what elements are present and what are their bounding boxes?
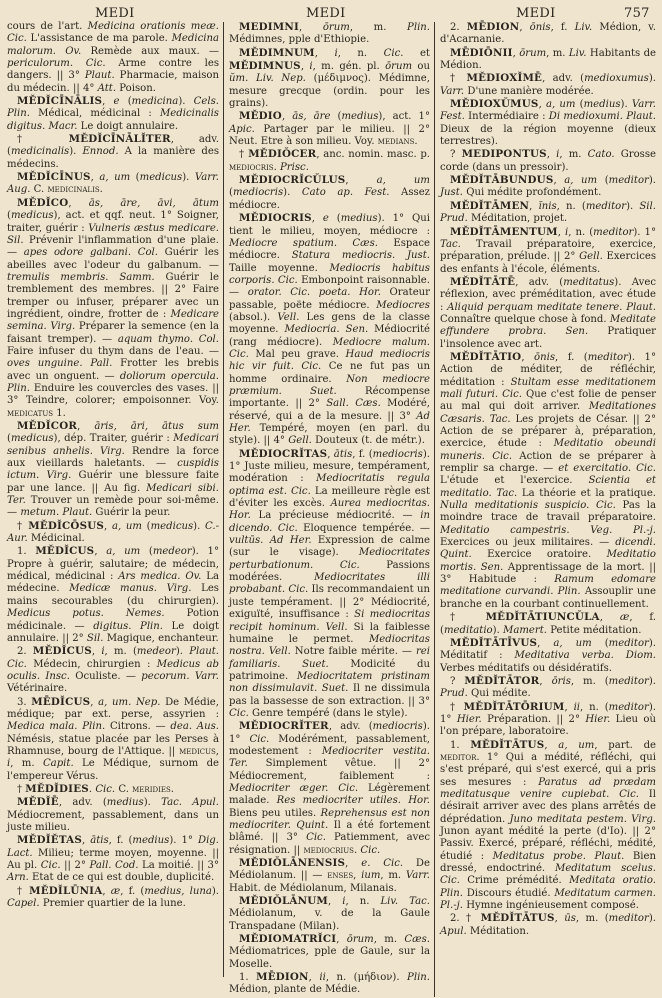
- dictionary-entry: † MĔDĬTĀTŌRIUM, ii, n. (meditor). 1° Hie…: [440, 701, 656, 739]
- dictionary-entry: MĔDĬTĀMENTUM, i, n. (meditor). 1° Tac. T…: [440, 226, 656, 276]
- dictionary-entry: † MĔDĬTĀTIUNCŬLA, æ, f. (meditatio). Mam…: [440, 611, 656, 637]
- dictionary-entry: MĔDIŎLĀNENSIS, e. Cic. De Médiolanum. ||…: [229, 857, 430, 895]
- dictionary-entry: 3. MĒDĬCUS, a, um. Nep. De Médie, médiqu…: [7, 696, 219, 783]
- dictionary-page: MEDI MEDI MEDI 757 cours de l'art. Medic…: [0, 0, 662, 998]
- dictionary-entry: MĔDIOCRIS, e (medius). 1° Qui tient le m…: [229, 212, 430, 448]
- dictionary-entry: MĔDIO, ās, āre (medius), act. 1° Apic. P…: [229, 110, 430, 148]
- dictionary-entry: MĔDĬCOR, āris, āri, ātus sum (medicus), …: [7, 420, 219, 520]
- column-left: cours de l'art. Medicina orationis meæ. …: [7, 21, 219, 910]
- dictionary-entry: MĔDĬCĪNUS, a, um (medicus). Varr. Aug. C…: [7, 171, 219, 197]
- dictionary-entry: MĔDIOCRĬCŬLUS, a, um (mediocris). Cato a…: [229, 174, 430, 212]
- dictionary-entry: MĔDĬĔTAS, ātis, f. (medius). 1° Dig. Lac…: [7, 834, 219, 884]
- dictionary-entry: cours de l'art. Medicina orationis meæ. …: [7, 21, 219, 95]
- guide-word-left: MEDI: [95, 6, 135, 21]
- dictionary-entry: MĔDĬCO, ās, āre, āvi, ātum (medicus), ac…: [7, 197, 219, 420]
- dictionary-entry: † MĔDIŎCER, anc. nomin. masc. p. mediocr…: [229, 148, 430, 174]
- dictionary-entry: 2. † MĔDĬTĀTUS, ūs, m. (meditor). Apul. …: [440, 912, 656, 938]
- dictionary-entry: MĔDĬTĀBUNDUS, a, um (meditor). Just. Qui…: [440, 174, 656, 200]
- dictionary-entry: MEDIMNI, ōrum, m. Plin. Médimnes, pple d…: [229, 21, 430, 47]
- dictionary-entry: MĒDIŌNII, ōrum, m. Liv. Habitants de Méd…: [440, 47, 656, 73]
- dictionary-entry: MĔDIOCRĬTAS, ātis, f. (mediocris). 1° Ju…: [229, 448, 430, 721]
- dictionary-entry: MĔDIŎLĀNUM, i, n. Liv. Tac. Médiolanum, …: [229, 895, 430, 933]
- dictionary-entry: MĔDIOMATRĬCI, ōrum, m. Cæs. Médiomatrice…: [229, 933, 430, 971]
- dictionary-entry: 1. MĔDĬCUS, a, um (medeor). 1° Propre à …: [7, 545, 219, 645]
- column-divider: [223, 22, 224, 977]
- dictionary-entry: MĔDĬTĀMEN, ĭnis, n. (meditor). Sil. Prud…: [440, 200, 656, 226]
- dictionary-entry: MĔDĬTĀTIO, ōnis, f. (meditor). 1° Action…: [440, 351, 656, 611]
- dictionary-entry: † MĔDĬDIES. Cic. C. meridies.: [7, 783, 219, 796]
- dictionary-entry: 1. MĒDION, ii, n. (μήδιον). Plin. Médion…: [229, 971, 430, 997]
- column-middle: MEDIMNI, ōrum, m. Plin. Médimnes, pple d…: [229, 21, 430, 997]
- page-number: 757: [624, 6, 650, 21]
- dictionary-entry: ? MEDIPONTUS, i, m. Cato. Grosse corde (…: [440, 148, 656, 174]
- dictionary-entry: MĔDĬCĪNĀLIS, e (medicina). Cels. Plin. M…: [7, 95, 219, 133]
- dictionary-entry: MĔDIMNUM, i, n. Cic. et MĔDIMNUS, i, m. …: [229, 47, 430, 111]
- guide-word-middle: MEDI: [306, 6, 346, 21]
- column-right: 2. MĒDION, ōnis, f. Liv. Médion, v. d'Ac…: [440, 21, 656, 938]
- dictionary-entry: MĔDIOCRĬTER, adv. (mediocris). 1° Cic. M…: [229, 720, 430, 857]
- dictionary-entry: 2. MĒDION, ōnis, f. Liv. Médion, v. d'Ac…: [440, 21, 656, 47]
- dictionary-entry: MĔDĬTĀTĒ, adv. (meditatus). Avec réflexi…: [440, 276, 656, 351]
- guide-word-right: MEDI: [516, 6, 556, 21]
- dictionary-entry: ? MĔDĬTĀTOR, ōris, m. (meditor). Prud. Q…: [440, 675, 656, 701]
- column-divider: [434, 22, 435, 997]
- running-header: MEDI MEDI MEDI 757: [0, 0, 662, 22]
- dictionary-entry: † MĔDĬLŪNIA, æ, f. (medius, luna). Capel…: [7, 885, 219, 911]
- dictionary-entry: 2. MĔDĬCUS, i, m. (medeor). Plaut. Cic. …: [7, 645, 219, 695]
- dictionary-entry: 1. MĔDĬTĀTUS, a, um, part. de meditor. 1…: [440, 739, 656, 913]
- dictionary-entry: MĔDĬĒ, adv. (medius). Tac. Apul. Médiocr…: [7, 796, 219, 834]
- dictionary-entry: † MĔDĬCŌSUS, a, um (medicus). C.-Aur. Mé…: [7, 520, 219, 546]
- dictionary-entry: † MĔDIOXĬMĒ, adv. (medioxumus). Varr. D'…: [440, 72, 656, 98]
- dictionary-entry: MĔDIOXŬMUS, a, um (medius). Varr. Fest. …: [440, 98, 656, 148]
- dictionary-entry: † MĔDĬCĪNĀLĬTER, adv. (medicinalis). Enn…: [7, 133, 219, 171]
- dictionary-entry: MĔDĬTĀTĪVUS, a, um (meditor). Méditatif …: [440, 637, 656, 675]
